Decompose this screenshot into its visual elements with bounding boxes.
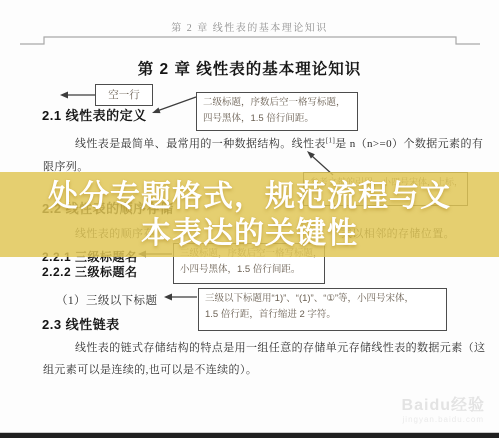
promo-overlay-text: 处分专题格式，规范流程与文 本表达的关键性 <box>0 172 499 257</box>
callout-h2-spec-line2: 四号黑体，1.5 倍行间距。 <box>203 111 351 127</box>
paragraph-1-line-1: 线性表是最简单、最常用的一种数据结构。线性表[1]是 n（n>=0）个数据元素的… <box>75 135 483 151</box>
heading-2-3: 2.3 线性链表 <box>42 314 120 333</box>
paragraph-3-line-1: 线性表的链式存储结构的特点是用一组任意的存储单元存储线性表的数据元素（这 <box>75 339 485 355</box>
callout-sub-spec-line1: 三级以下标题用“1)”、“(1)”、“①”等，小四号宋体， <box>205 291 440 307</box>
watermark-url: jingyan.baidu.com <box>402 415 485 424</box>
callout-h2-spec-line1: 二级标题，序数后空一格写标题， <box>203 95 351 111</box>
para1-before-ref: 线性表是最简单、最常用的一种数据结构。线性表 <box>75 138 326 150</box>
callout-h3-spec-line2: 小四号黑体，1.5 倍行间距。 <box>180 262 318 278</box>
bottom-edge-bar <box>0 432 499 438</box>
chapter-title: 第 2 章 线性表的基本理论知识 <box>0 57 499 79</box>
watermark: Baidu经验 jingyan.baidu.com <box>402 392 485 424</box>
watermark-brand: Baidu经验 <box>402 392 485 415</box>
promo-line-1: 处分专题格式，规范流程与文 <box>48 178 451 215</box>
callout-blank-line: 空一行 <box>95 84 153 106</box>
sub-heading-item: （1）三级以下标题 <box>56 292 157 308</box>
running-header: 第 2 章 线性表的基本理论知识 <box>0 19 499 34</box>
paragraph-3-line-2: 组元素可以是连续的,也可以是不连续的）。 <box>43 361 257 377</box>
promo-line-2: 本表达的关键性 <box>141 215 358 252</box>
heading-2-2-2: 2.2.2 三级标题名 <box>42 263 138 280</box>
reference-superscript: [1] <box>326 136 335 144</box>
callout-h2-spec: 二级标题，序数后空一格写标题， 四号黑体，1.5 倍行间距。 <box>196 92 358 131</box>
callout-blank-line-text: 空一行 <box>108 89 140 101</box>
para1-after-ref: 是 n（n>=0）个数据元素的有 <box>335 138 483 150</box>
callout-sub-spec-line2: 1.5 倍行距，首行缩进 2 字符。 <box>205 307 440 323</box>
promo-overlay: 处分专题格式，规范流程与文 本表达的关键性 <box>0 172 499 257</box>
heading-2-1: 2.1 线性表的定义 <box>42 105 147 124</box>
callout-sub-spec: 三级以下标题用“1)”、“(1)”、“①”等，小四号宋体， 1.5 倍行距，首行… <box>198 288 447 331</box>
document-page: 第 2 章 线性表的基本理论知识 第 2 章 线性表的基本理论知识 空一行 2.… <box>0 0 499 438</box>
